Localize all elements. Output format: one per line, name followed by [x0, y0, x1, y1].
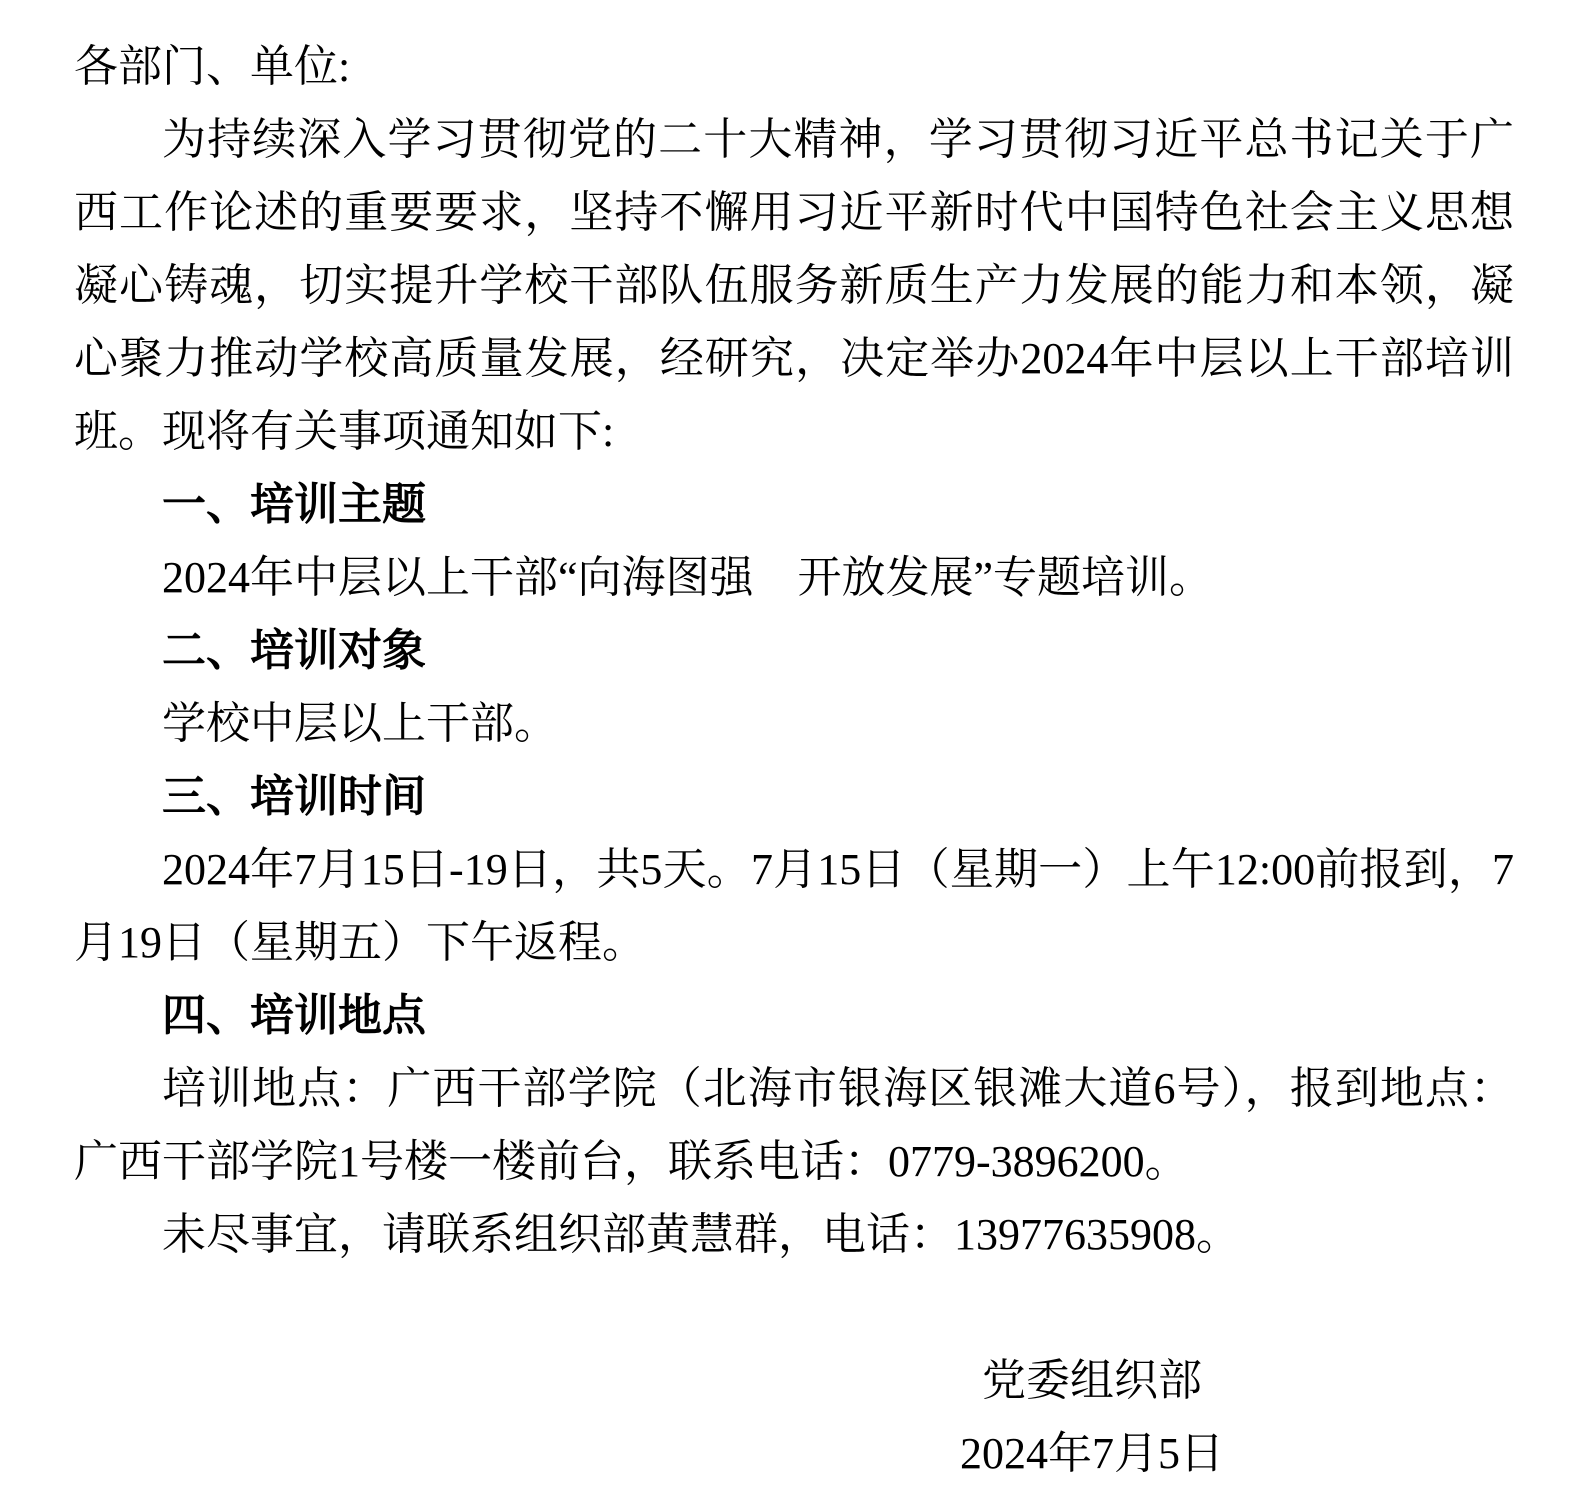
- notice-document: 各部门、单位: 为持续深入学习贯彻党的二十大精神，学习贯彻习近平总书记关于广西工…: [0, 0, 1588, 1510]
- signature-block: 党委组织部 2024年7月5日: [960, 1344, 1224, 1490]
- section-2-heading: 二、培训对象: [74, 614, 1514, 687]
- intro-paragraph: 为持续深入学习贯彻党的二十大精神，学习贯彻习近平总书记关于广西工作论述的重要要求…: [74, 103, 1514, 468]
- section-3-heading: 三、培训时间: [74, 760, 1514, 833]
- salutation: 各部门、单位:: [74, 30, 1514, 103]
- section-3-paragraph-1: 2024年7月15日-19日，共5天。7月15日（星期一）上午12:00前报到，…: [74, 833, 1514, 979]
- signature-department: 党委组织部: [960, 1344, 1224, 1417]
- section-4-heading: 四、培训地点: [74, 979, 1514, 1052]
- section-2-paragraph-1: 学校中层以上干部。: [74, 687, 1514, 760]
- section-4-paragraph-1: 培训地点：广西干部学院（北海市银海区银滩大道6号），报到地点：广西干部学院1号楼…: [74, 1052, 1514, 1198]
- section-4-paragraph-2: 未尽事宜，请联系组织部黄慧群，电话：13977635908。: [74, 1198, 1514, 1271]
- signature-date: 2024年7月5日: [960, 1417, 1224, 1490]
- section-1-heading: 一、培训主题: [74, 468, 1514, 541]
- section-1-paragraph-1: 2024年中层以上干部“向海图强 开放发展”专题培训。: [74, 541, 1514, 614]
